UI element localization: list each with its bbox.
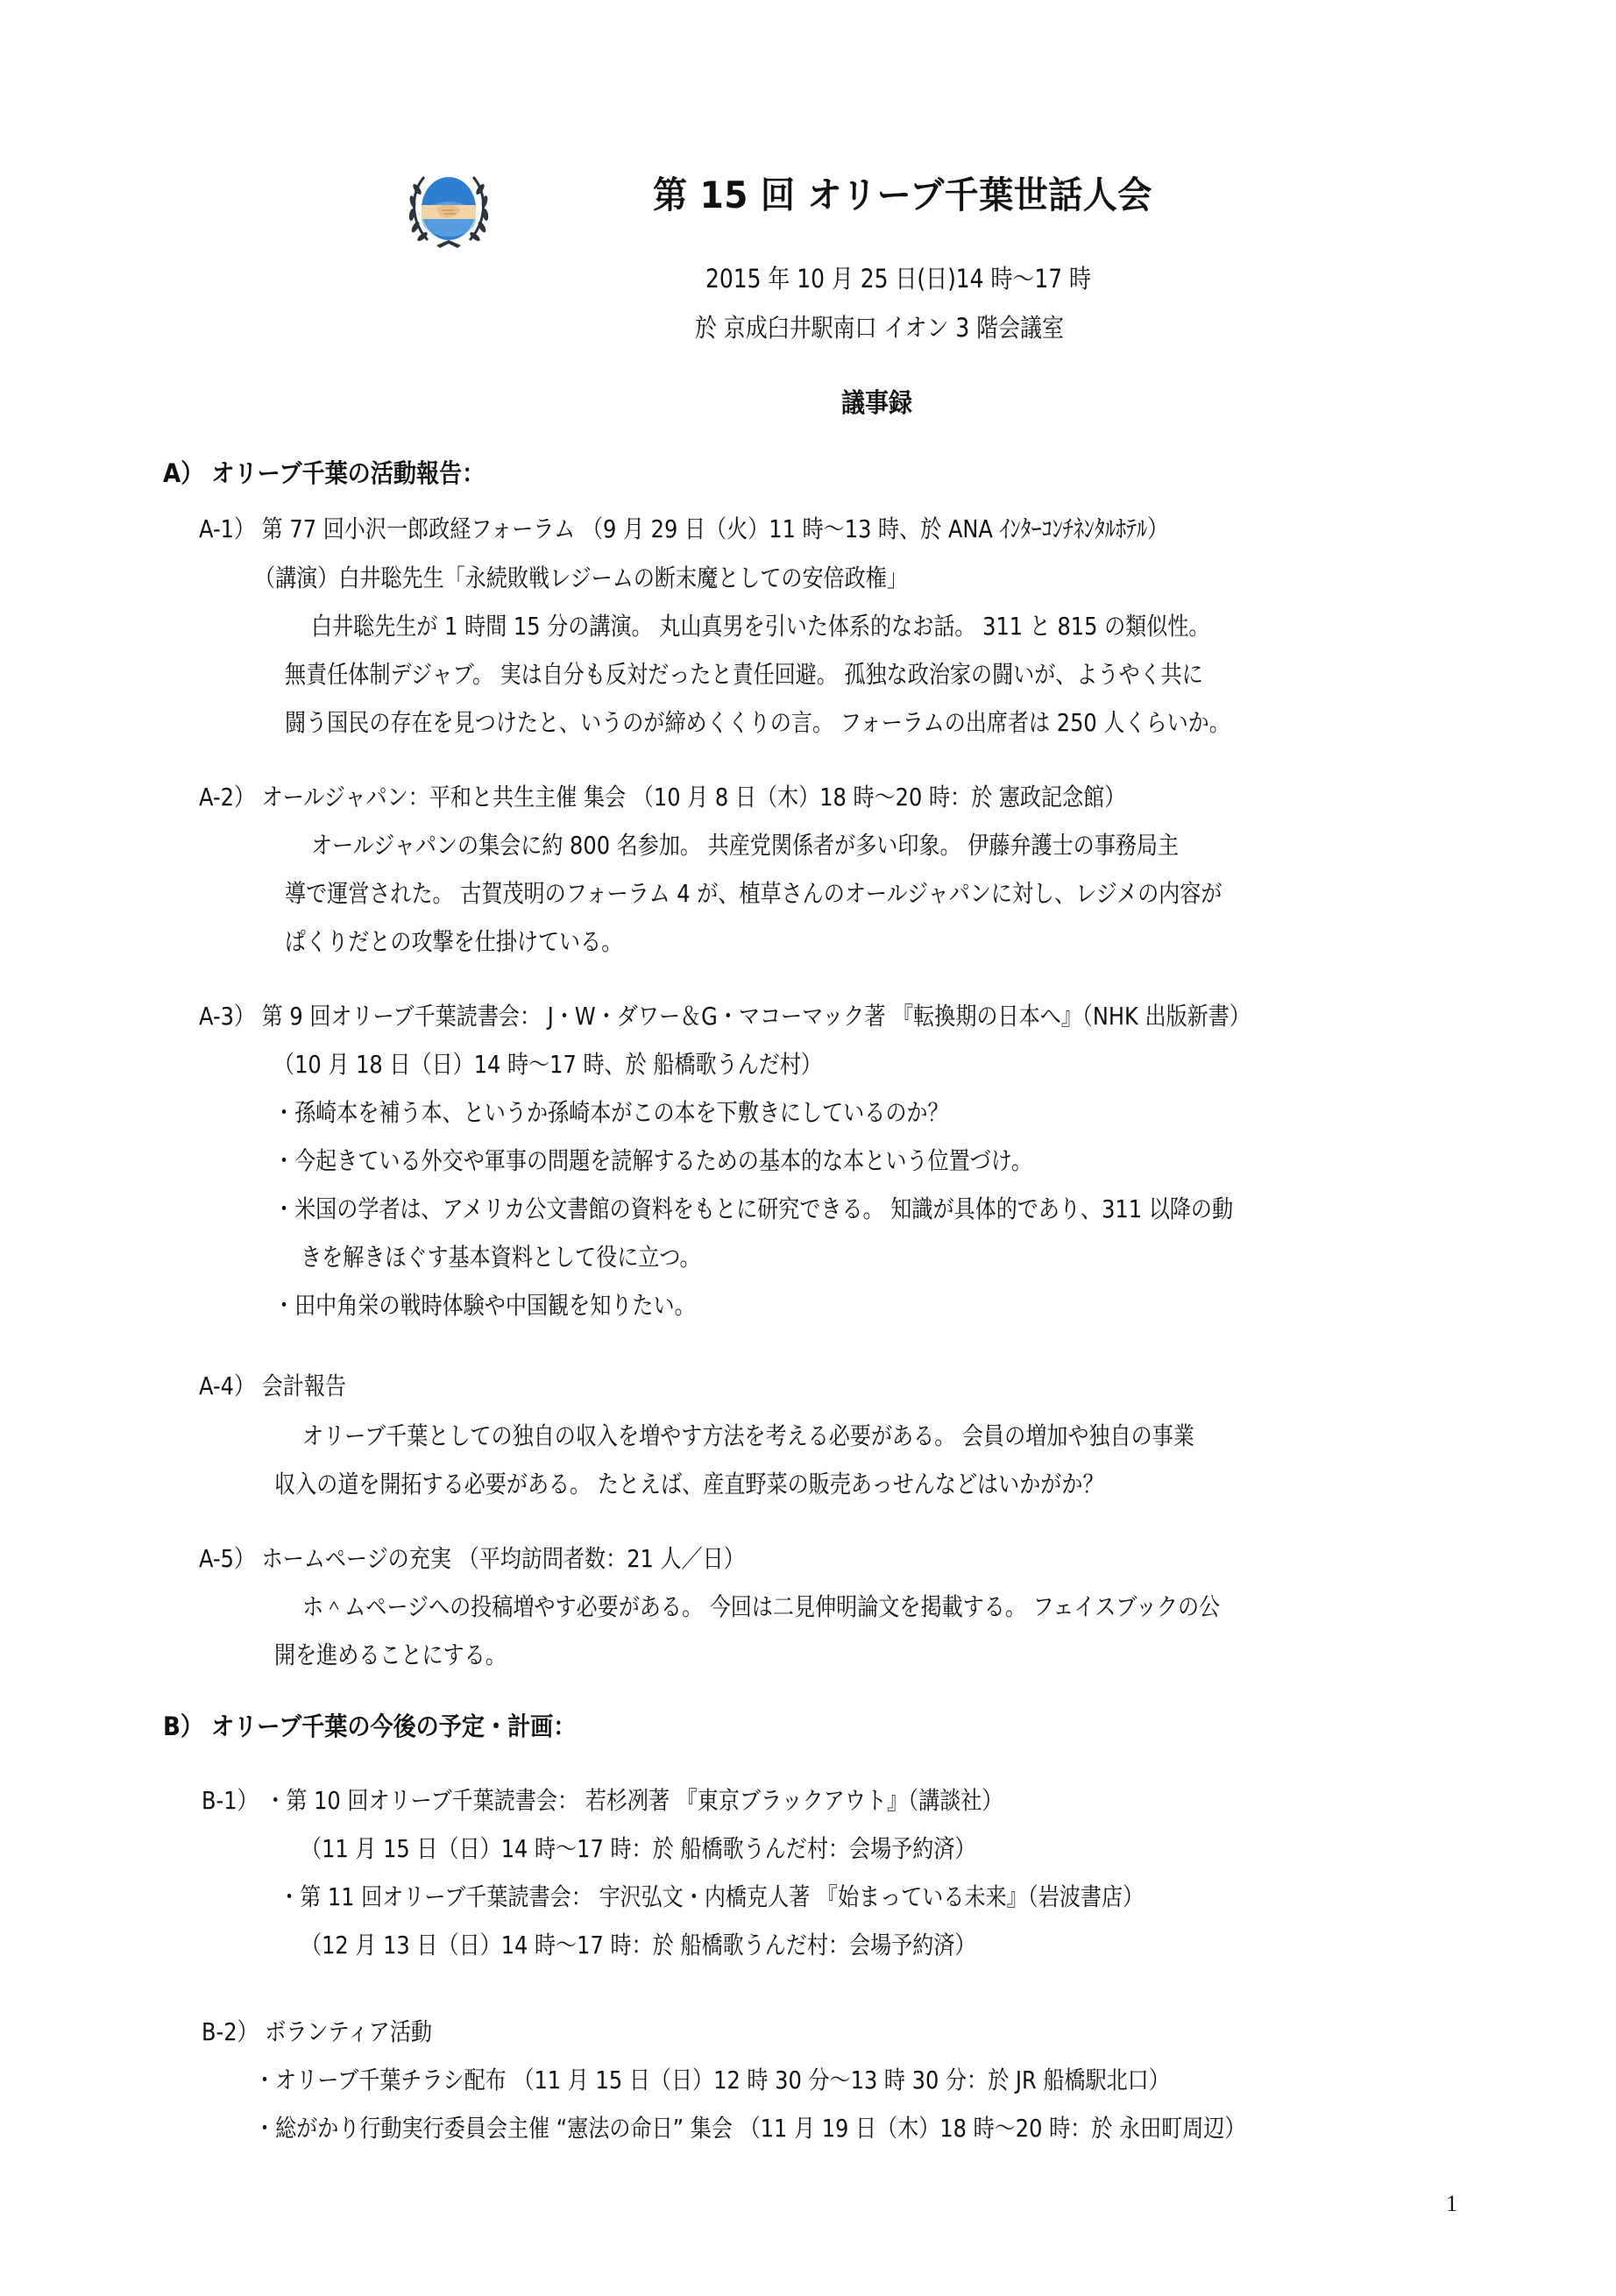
item-a1-body-line: 無責任体制デジャブ。 実は自分も反対だったと責任回避。 孤独な政治家の闘いが、よ… bbox=[285, 655, 1203, 691]
minutes-label: 議事録 bbox=[841, 381, 912, 420]
item-b1-line: B-1） ・第 10 回オリーブ千葉読書会： 若杉冽著 『東京ブラックアウト』（… bbox=[202, 1782, 1003, 1817]
item-a1-body-line: 白井聡先生が 1 時間 15 分の講演。 丸山真男を引いた体系的なお話。 311… bbox=[311, 607, 1210, 642]
item-a5-heading: A-5） ホームページの充実 （平均訪問者数：21 人／日） bbox=[199, 1540, 745, 1575]
section-b-heading: B） オリーブ千葉の今後の予定・計画： bbox=[163, 1707, 576, 1743]
item-a1-body-line: 闘う国民の存在を見つけたと、いうのが締めくくりの言。 フォーラムの出席者は 25… bbox=[285, 704, 1230, 739]
item-a3-bullet-continuation: きを解きほぐす基本資料として役に立つ。 bbox=[301, 1238, 701, 1273]
item-b2-bullet: ・総がかり行動実行委員会主催 “憲法の命日” 集会 （11 月 19 日（木）1… bbox=[254, 2109, 1245, 2144]
item-a3-subheading: （10 月 18 日（日）14 時～17 時、於 船橋歌うんだ村） bbox=[273, 1045, 822, 1081]
item-b1-line: ・第 11 回オリーブ千葉読書会： 宇沢弘文・内橋克人著 『始まっている未来』（… bbox=[279, 1878, 1144, 1913]
item-b2-bullet: ・オリーブ千葉チラシ配布 （11 月 15 日（日）12 時 30 分～13 時… bbox=[254, 2061, 1170, 2096]
item-a2-body-line: 導で運営された。 古賀茂明のフォーラム 4 が、植草さんのオールジャパンに対し、… bbox=[285, 875, 1222, 910]
item-a1-subheading: （講演）白井聡先生「永続敗戦レジームの断末魔としての安倍政権」 bbox=[254, 559, 908, 594]
item-a4-heading: A-4） 会計報告 bbox=[199, 1367, 346, 1402]
item-a3-bullet: ・米国の学者は、アメリカ公文書館の資料をもとに研究できる。 知識が具体的であり、… bbox=[273, 1190, 1233, 1225]
item-a4-body-line: オリーブ千葉としての独自の収入を増やす方法を考える必要がある。 会員の増加や独自… bbox=[302, 1417, 1194, 1452]
item-a2-body-line: オールジャパンの集会に約 800 名参加。 共産党関係者が多い印象。 伊藤弁護士… bbox=[311, 826, 1179, 861]
page-number: 1 bbox=[1446, 2191, 1457, 2217]
olive-chiba-emblem-icon bbox=[405, 167, 493, 252]
item-b2-heading: B-2） ボランティア活動 bbox=[202, 2013, 432, 2048]
item-a4-body-line: 収入の道を開拓する必要がある。 たとえば、産直野菜の販売あっせんなどはいかがか？ bbox=[274, 1465, 1104, 1500]
item-a2-heading: A-2） オールジャパン：平和と共生主催 集会 （10 月 8 日（木）18 時… bbox=[199, 778, 1125, 813]
item-a3-bullet: ・今起きている外交や軍事の問題を読解するための基本的な本という位置づけ。 bbox=[273, 1142, 1032, 1177]
item-a3-heading: A-3） 第 9 回オリーブ千葉読書会： J・W・ダワー＆G・マコーマック著 『… bbox=[199, 997, 1251, 1032]
item-a3-bullet: ・孫崎本を補う本、というか孫崎本がこの本を下敷きにしているのか？ bbox=[273, 1094, 949, 1129]
meeting-venue: 於 京成臼井駅南口 イオン 3 階会議室 bbox=[695, 308, 1064, 344]
meeting-date: 2015 年 10 月 25 日(日)14 時～17 時 bbox=[705, 259, 1091, 295]
item-b1-line: （12 月 13 日（日）14 時～17 時：於 船橋歌うんだ村：会場予約済） bbox=[301, 1926, 975, 1961]
document-title: 第 15 回 オリーブ千葉世話人会 bbox=[653, 167, 1152, 219]
document-page: 第 15 回 オリーブ千葉世話人会 2015 年 10 月 25 日(日)14 … bbox=[0, 0, 1616, 2296]
item-a1-heading: A-1） 第 77 回小沢一郎政経フォーラム （9 月 29 日（火）11 時～… bbox=[199, 510, 1168, 545]
item-a3-bullet: ・田中角栄の戦時体験や中国観を知りたい。 bbox=[273, 1286, 696, 1322]
item-b1-line: （11 月 15 日（日）14 時～17 時：於 船橋歌うんだ村：会場予約済） bbox=[301, 1830, 975, 1865]
section-a-heading: A） オリーブ千葉の活動報告： bbox=[163, 454, 485, 490]
item-a5-body-line: ホ＾ムページへの投稿増やす必要がある。 今回は二見伸明論文を掲載する。 フェイス… bbox=[302, 1588, 1220, 1623]
item-a5-body-line: 開を進めることにする。 bbox=[274, 1636, 507, 1671]
item-a2-body-line: ぱくりだとの攻撃を仕掛けている。 bbox=[285, 923, 622, 958]
